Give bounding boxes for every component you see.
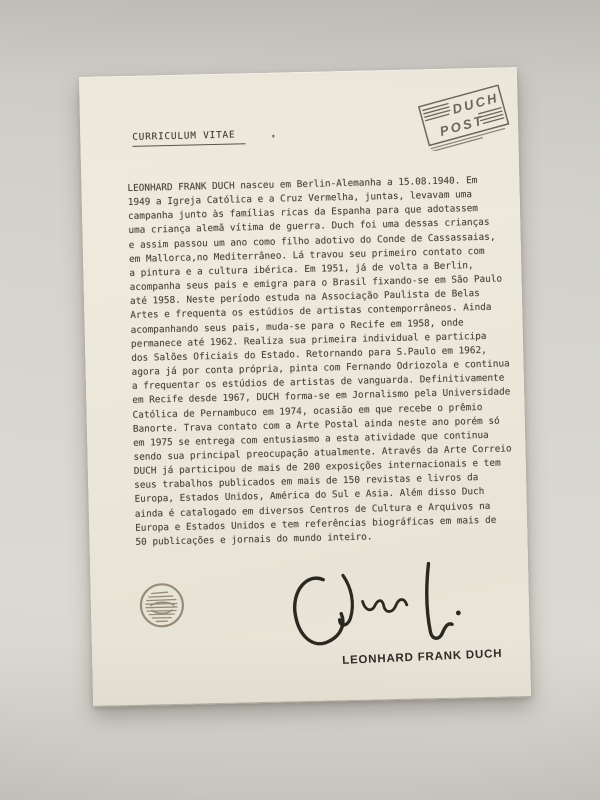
document-body: LEONHARD FRANK DUCH nasceu em Berlin-Ale… [127, 173, 513, 550]
document-title: CURRICULUM VITAE [132, 129, 245, 147]
duch-post-stamp-word1: DUCH [451, 90, 501, 117]
circular-stamp-icon [137, 581, 186, 630]
duch-post-stamp-icon: DUCH POST [415, 81, 513, 151]
duch-post-stamp-word2: POST [438, 112, 486, 138]
signature-icon [287, 559, 477, 661]
ink-speck [272, 135, 274, 138]
paper-sheet: CURRICULUM VITAE DUCH POST LEONHARD FRA [79, 67, 531, 707]
